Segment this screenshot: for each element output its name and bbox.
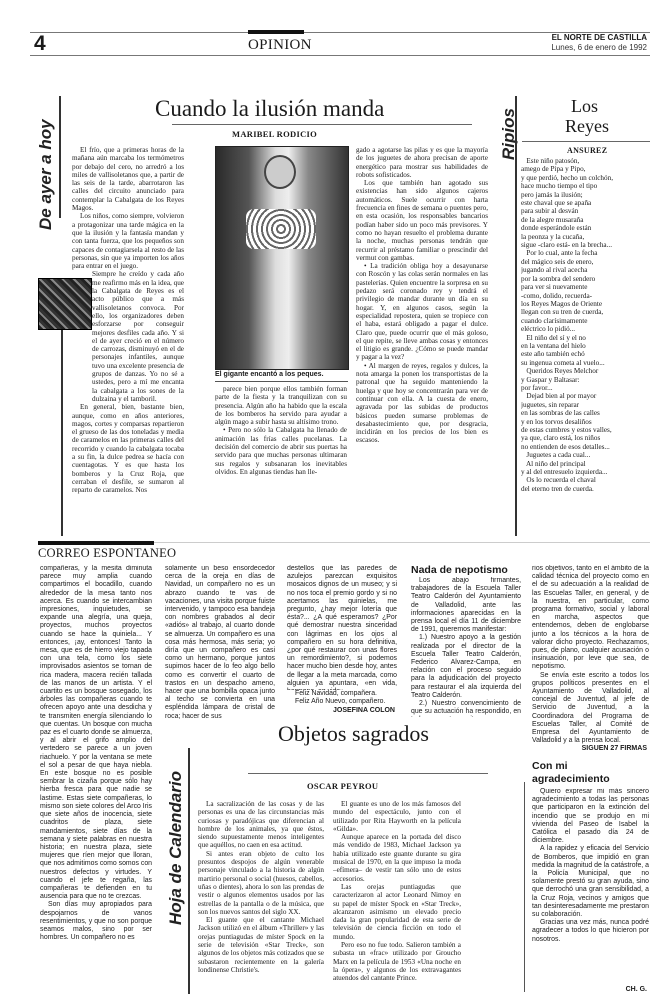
side-label-hoja-de-calendario: Hoja de Calendario <box>166 771 186 925</box>
section-tab-bar <box>248 30 304 34</box>
main-article-col3: gado a agotarse las pilas y es que la ma… <box>356 146 488 538</box>
main-article-col2: parece bien porque ellos también forman … <box>215 385 347 537</box>
letter2-title: Nada de nepotismo <box>411 564 508 576</box>
caption-rule <box>215 381 348 382</box>
photo-gigante <box>215 146 349 370</box>
letter2-col1: Los abajo firmantes, trabajadores de la … <box>411 577 521 717</box>
letter1-col1: compañeras, y la mesita diminuta parece … <box>40 565 152 1002</box>
objetos-right-rule <box>524 782 525 992</box>
correo-top-rule <box>38 541 154 545</box>
letter1-col3: destellos que las paredes de azulejos pa… <box>287 565 397 690</box>
newspaper-name: EL NORTE DE CASTILLA <box>552 33 647 42</box>
letter2-col2: rios objetivos, tanto en el ámbito de la… <box>532 565 649 745</box>
objetos-col2: El guante es uno de los más famosos del … <box>333 800 461 995</box>
objetos-author: OSCAR PEYROU <box>307 781 378 791</box>
letter3-title-line1: Con mi <box>532 760 568 772</box>
letter2-signature: SIGUEN 27 FIRMAS <box>582 745 647 752</box>
ripios-title-line2: Reyes <box>565 116 609 136</box>
letter3-signature: CH. G. <box>626 986 647 993</box>
photo-figure <box>264 155 296 189</box>
correo-section-title: CORREO ESPONTANEO <box>38 546 176 561</box>
ripios-title-underline <box>522 141 650 142</box>
page-number: 4 <box>34 33 46 55</box>
ripios-column-rule <box>515 96 517 536</box>
header-bottom-rule <box>30 55 650 56</box>
letter3-body: Quiero expresar mi más sincero agradecim… <box>532 788 649 983</box>
hoja-column-rule <box>188 748 190 994</box>
photo-caption: El gigante encantó a los peques. <box>215 371 324 378</box>
objetos-title-underline <box>248 773 488 774</box>
photo-flowers <box>246 209 316 249</box>
ripios-author: ANSUREZ <box>567 146 607 155</box>
side-label-de-ayer-a-hoy: De ayer a hoy <box>36 119 56 230</box>
objetos-col1: La sacralización de las cosas y de las p… <box>198 800 324 995</box>
letter3-title-line2: agradecimiento <box>532 773 610 785</box>
ripios-title-line1: Los <box>571 96 598 116</box>
letter1-col2: solamente un beso ensordecedor cerca de … <box>165 565 275 727</box>
letter1-signature: JOSEFINA COLON <box>333 707 395 714</box>
ripios-poem: Este niño patosón, amego de Pipa y Pipo,… <box>521 157 650 537</box>
left-column-rule-lower <box>61 318 63 536</box>
main-article-col1: El frío, que a primeras horas de la maña… <box>72 146 184 536</box>
title-underline <box>172 124 472 125</box>
letter1-closing-2: Feliz Año Nuevo, compañero. <box>295 698 385 705</box>
left-column-rule <box>59 96 61 218</box>
correo-thin-rule <box>154 542 650 543</box>
publication-date: Lunes, 6 de enero de 1992 <box>551 43 647 52</box>
objetos-title: Objetos sagrados <box>278 721 429 747</box>
letter1-closing-1: Feliz Navidad, compañera. <box>295 690 377 697</box>
main-article-author: MARIBEL RODICIO <box>232 129 317 139</box>
main-article-title: Cuando la ilusión manda <box>155 96 384 122</box>
section-title: OPINION <box>248 37 312 54</box>
